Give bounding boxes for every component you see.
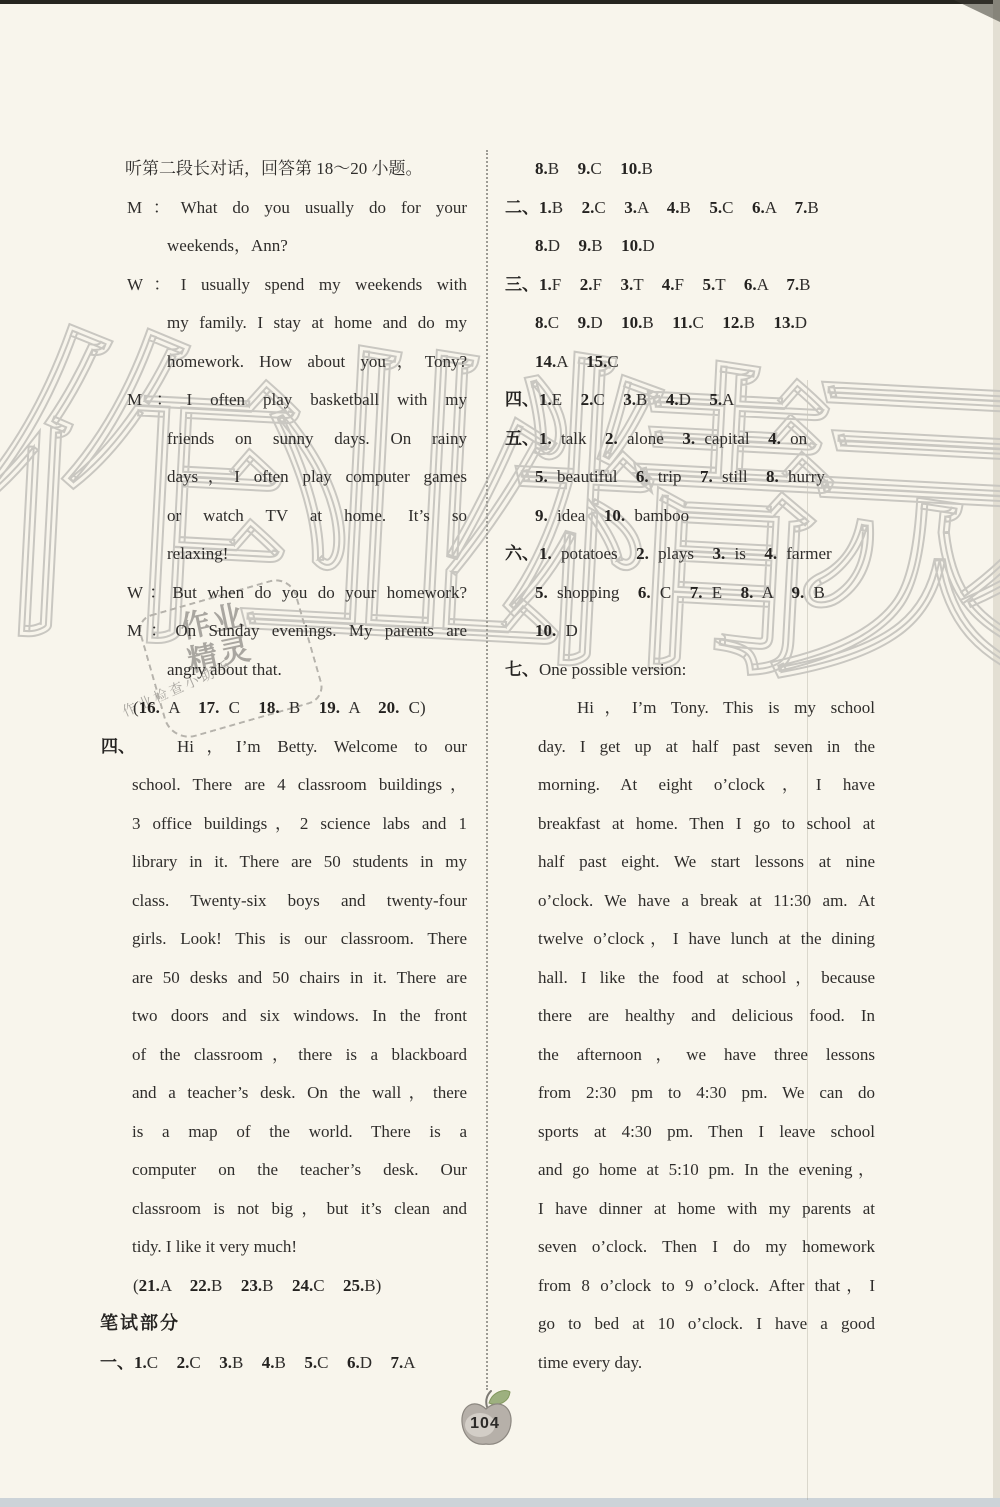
text-line: 5. beautiful 6. trip 7. still 8. hurry xyxy=(505,458,875,497)
text-segment: 8. xyxy=(535,236,548,255)
text-segment: computer on the teacher’s desk. Our xyxy=(132,1160,467,1179)
text-line: 8.D 9.B 10.D xyxy=(505,227,875,266)
page: { "page": { "number": "104" }, "watermar… xyxy=(0,0,1000,1507)
text-line: school. There are 4 classroom buildings， xyxy=(100,766,467,805)
text-segment: B xyxy=(232,1353,262,1372)
text-segment: C xyxy=(147,1353,177,1372)
text-segment: B xyxy=(211,1276,241,1295)
text-line: homework. How about you，Tony? xyxy=(100,343,467,382)
text-segment: 9. xyxy=(791,583,804,602)
text-segment: 2. xyxy=(636,544,649,563)
text-segment: 7. xyxy=(690,583,703,602)
text-segment: 8. xyxy=(741,583,754,602)
text-segment: 七、 xyxy=(505,660,539,679)
text-segment: 4. xyxy=(768,429,781,448)
right-column: 8.B 9.C 10.B二、1.B 2.C 3.A 4.B 5.C 6.A 7.… xyxy=(505,150,875,1382)
text-segment: girls. Look! This is our classroom. Ther… xyxy=(132,929,467,948)
text-segment: two doors and six windows. In the front xyxy=(132,1006,467,1025)
text-line: W：But when do you do your homework? xyxy=(100,574,467,613)
text-segment: seven o’clock. Then I do my homework xyxy=(538,1237,875,1256)
text-segment: bamboo xyxy=(625,506,689,525)
text-segment: 9. xyxy=(579,236,592,255)
text-segment: F xyxy=(552,275,580,294)
text-segment: 8. xyxy=(535,159,548,178)
text-segment: 2. xyxy=(581,390,594,409)
text-line: W：I usually spend my weekends with xyxy=(100,266,467,305)
text-segment: is a map of the world. There is a xyxy=(132,1122,467,1141)
text-line: o’clock. We have a break at 11:30 am. At xyxy=(505,882,875,921)
text-segment: days，I often play computer games xyxy=(167,467,467,486)
text-line: and go home at 5:10 pm. In the evening， xyxy=(505,1151,875,1190)
text-segment: 三、1. xyxy=(505,275,552,294)
text-segment: 8. xyxy=(766,467,779,486)
text-segment: still xyxy=(713,467,766,486)
text-segment: A xyxy=(340,698,378,717)
text-segment: on xyxy=(781,429,807,448)
text-line: classroom is not big，but it’s clean and xyxy=(100,1190,467,1229)
text-segment: B xyxy=(262,1276,292,1295)
text-segment: 6. xyxy=(347,1353,360,1372)
text-segment: C xyxy=(722,198,752,217)
text-line: time every day. xyxy=(505,1344,875,1383)
text-segment: 7. xyxy=(795,198,808,217)
text-segment: talk xyxy=(552,429,605,448)
text-segment: A xyxy=(160,1276,190,1295)
text-segment: A xyxy=(722,390,734,409)
text-segment: alone xyxy=(618,429,683,448)
text-line: 七、One possible version: xyxy=(505,651,875,690)
text-segment: 20. xyxy=(378,698,399,717)
text-segment: 10. xyxy=(621,236,642,255)
text-line: class. Twenty-six boys and twenty-four xyxy=(100,882,467,921)
text-segment: C xyxy=(189,1353,219,1372)
text-segment: E xyxy=(702,583,740,602)
text-line: of the classroom，there is a blackboard xyxy=(100,1036,467,1075)
text-segment: idea xyxy=(548,506,604,525)
column-divider xyxy=(486,150,488,1390)
text-segment: 21. xyxy=(139,1276,160,1295)
text-line: 四、Hi，I’m Betty. Welcome to our xyxy=(100,728,467,767)
text-line: there are healthy and delicious food. In xyxy=(505,997,875,1036)
text-segment: W：I usually spend my weekends with xyxy=(127,275,467,294)
text-segment: T xyxy=(633,275,662,294)
text-line: 10. D xyxy=(505,612,875,651)
text-segment: Hi，I’m Betty. Welcome to our xyxy=(177,737,467,756)
text-segment: B xyxy=(591,236,621,255)
text-segment: are 50 desks and 50 chairs in it. There … xyxy=(132,968,467,987)
text-line: 5. shopping 6. C 7. E 8. A 9. B xyxy=(505,574,875,613)
text-segment: E xyxy=(552,390,581,409)
text-line: M：I often play basketball with my xyxy=(100,381,467,420)
text-line: 3 office buildings，2 science labs and 1 xyxy=(100,805,467,844)
text-segment: 五、1. xyxy=(505,429,552,448)
text-line: (21.A 22.B 23.B 24.C 25.B) xyxy=(100,1267,467,1306)
text-segment: school. There are 4 classroom buildings， xyxy=(132,775,467,794)
paper-edge-bottom xyxy=(0,1498,1000,1507)
text-segment: 4. xyxy=(764,544,777,563)
text-line: M：What do you usually do for your xyxy=(100,189,467,228)
text-segment: go to bed at 10 o’clock. I have a good xyxy=(538,1314,875,1333)
text-line: computer on the teacher’s desk. Our xyxy=(100,1151,467,1190)
text-segment: 9. xyxy=(578,313,591,332)
text-line: go to bed at 10 o’clock. I have a good xyxy=(505,1305,875,1344)
text-segment: 25. xyxy=(343,1276,364,1295)
text-segment: 24. xyxy=(292,1276,313,1295)
text-segment: B xyxy=(641,159,652,178)
text-line: 8.C 9.D 10.B 11.C 12.B 13.D xyxy=(505,304,875,343)
text-segment: 笔试部分 xyxy=(100,1313,180,1334)
text-segment: B xyxy=(799,275,810,294)
text-segment: A xyxy=(160,698,198,717)
text-segment: 7. xyxy=(391,1353,404,1372)
text-segment: time every day. xyxy=(538,1353,642,1372)
text-segment: 6. xyxy=(744,275,757,294)
text-segment: B xyxy=(275,1353,305,1372)
text-segment: 5. xyxy=(304,1353,317,1372)
text-segment: B xyxy=(280,698,319,717)
text-segment: 2. xyxy=(582,198,595,217)
text-line: 二、1.B 2.C 3.A 4.B 5.C 6.A 7.B xyxy=(505,189,875,228)
text-line: from 8 o’clock to 9 o’clock. After that，… xyxy=(505,1267,875,1306)
text-segment: 5. xyxy=(535,467,548,486)
text-segment: C xyxy=(693,313,723,332)
text-segment: 六、1. xyxy=(505,544,552,563)
text-segment: C) xyxy=(399,698,425,717)
text-segment: 3 office buildings，2 science labs and 1 xyxy=(132,814,467,833)
text-segment: 6. xyxy=(638,583,651,602)
text-segment: F xyxy=(592,275,620,294)
text-segment: of the classroom，there is a blackboard xyxy=(132,1045,467,1064)
text-line: friends on sunny days. On rainy xyxy=(100,420,467,459)
text-segment: T xyxy=(715,275,744,294)
text-line: my family. I stay at home and do my xyxy=(100,304,467,343)
text-segment: hurry xyxy=(779,467,825,486)
text-line: relaxing! xyxy=(100,535,467,574)
text-segment: hall. I like the food at school，because xyxy=(538,968,875,987)
text-segment: B xyxy=(680,198,710,217)
text-segment: B xyxy=(807,198,818,217)
text-segment: 6. xyxy=(752,198,765,217)
text-segment: 18. xyxy=(258,698,279,717)
text-segment: A xyxy=(637,198,667,217)
text-segment: I have dinner at home with my parents at xyxy=(538,1199,875,1218)
text-segment: M：On Sunday evenings. My parents are xyxy=(127,621,467,640)
text-line: the afternoon，we have three lessons xyxy=(505,1036,875,1075)
text-segment: from 8 o’clock to 9 o’clock. After that，… xyxy=(538,1276,875,1295)
text-segment: half past eight. We start lessons at nin… xyxy=(538,852,875,871)
text-segment: 4. xyxy=(667,198,680,217)
text-segment: 二、1. xyxy=(505,198,552,217)
text-segment: and go home at 5:10 pm. In the evening， xyxy=(538,1160,875,1179)
text-segment: 22. xyxy=(190,1276,211,1295)
text-segment: angry about that. xyxy=(167,660,282,679)
text-segment: 10. xyxy=(621,313,642,332)
text-segment: 3. xyxy=(219,1353,232,1372)
text-segment: farmer xyxy=(777,544,832,563)
text-segment: 11. xyxy=(672,313,692,332)
text-segment: 5. xyxy=(535,583,548,602)
text-segment: breakfast at home. Then I go to school a… xyxy=(538,814,875,833)
text-line: 9. idea 10. bamboo xyxy=(505,497,875,536)
text-segment: 4. xyxy=(662,275,675,294)
text-line: 一、1.C 2.C 3.B 4.B 5.C 6.D 7.A xyxy=(100,1344,467,1383)
text-line: M：On Sunday evenings. My parents are xyxy=(100,612,467,651)
text-segment: C xyxy=(590,159,620,178)
text-segment: 4. xyxy=(262,1353,275,1372)
text-segment: 17. xyxy=(198,698,219,717)
text-segment: A xyxy=(753,583,791,602)
text-segment: 16. xyxy=(139,698,160,717)
text-segment: 3. xyxy=(713,544,726,563)
text-segment: A xyxy=(765,198,795,217)
text-segment: B xyxy=(552,198,582,217)
text-segment: D xyxy=(548,236,579,255)
text-line: day. I get up at half past seven in the xyxy=(505,728,875,767)
text-segment: C xyxy=(651,583,690,602)
text-segment: M：I often play basketball with my xyxy=(127,390,467,409)
text-segment: C xyxy=(548,313,578,332)
text-segment: 8. xyxy=(535,313,548,332)
text-segment: trip xyxy=(649,467,700,486)
text-line: 笔试部分 xyxy=(100,1305,467,1344)
text-line: (16. A 17. C 18. B 19. A 20. C) xyxy=(100,689,467,728)
text-segment: morning. At eight o’clock，I have xyxy=(538,775,875,794)
text-segment: day. I get up at half past seven in the xyxy=(538,737,875,756)
text-segment: A xyxy=(556,352,586,371)
text-segment: D xyxy=(795,313,807,332)
text-segment: 听第二段长对话，回答第 18～20 小题。 xyxy=(125,159,423,178)
text-line: two doors and six windows. In the front xyxy=(100,997,467,1036)
text-line: from 2:30 pm to 4:30 pm. We can do xyxy=(505,1074,875,1113)
text-segment: B xyxy=(744,313,774,332)
text-segment: o’clock. We have a break at 11:30 am. At xyxy=(538,891,875,910)
text-line: 四、1.E 2.C 3.B 4.D 5.A xyxy=(505,381,875,420)
left-column: 听第二段长对话，回答第 18～20 小题。M：What do you usual… xyxy=(100,150,467,1382)
text-line: 五、1. talk 2. alone 3. capital 4. on xyxy=(505,420,875,459)
text-segment: 3. xyxy=(623,390,636,409)
text-segment: the afternoon，we have three lessons xyxy=(538,1045,875,1064)
text-segment: A xyxy=(403,1353,415,1372)
text-line: hall. I like the food at school，because xyxy=(505,959,875,998)
page-number-apple: 104 xyxy=(458,1388,518,1450)
text-segment: 3. xyxy=(682,429,695,448)
text-segment: 一、1. xyxy=(100,1353,147,1372)
text-segment: 四、1. xyxy=(505,390,552,409)
text-segment: 9. xyxy=(535,506,548,525)
text-segment: beautiful xyxy=(548,467,636,486)
text-segment: shopping xyxy=(548,583,638,602)
text-line: sports at 4:30 pm. Then I leave school xyxy=(505,1113,875,1152)
text-segment: 10. xyxy=(604,506,625,525)
text-segment: Hi，I’m Tony. This is my school xyxy=(577,698,875,717)
text-line: 三、1.F 2.F 3.T 4.F 5.T 6.A 7.B xyxy=(505,266,875,305)
text-segment: C xyxy=(317,1353,347,1372)
text-line: days，I often play computer games xyxy=(100,458,467,497)
text-line: are 50 desks and 50 chairs in it. There … xyxy=(100,959,467,998)
text-segment: class. Twenty-six boys and twenty-four xyxy=(132,891,467,910)
text-line: morning. At eight o’clock，I have xyxy=(505,766,875,805)
text-segment: A xyxy=(757,275,787,294)
text-segment: W：But when do you do your homework? xyxy=(127,583,467,602)
paper-edge-top xyxy=(0,0,1000,4)
text-line: 8.B 9.C 10.B xyxy=(505,150,875,189)
text-segment: from 2:30 pm to 4:30 pm. We can do xyxy=(538,1083,875,1102)
text-segment: potatoes xyxy=(552,544,636,563)
text-segment: plays xyxy=(649,544,713,563)
text-segment: B) xyxy=(364,1276,381,1295)
text-line: weekends，Ann? xyxy=(100,227,467,266)
text-segment: B xyxy=(636,390,666,409)
text-segment: D xyxy=(590,313,621,332)
text-segment: 3. xyxy=(620,275,633,294)
text-segment: 5. xyxy=(709,198,722,217)
text-line: Hi，I’m Tony. This is my school xyxy=(505,689,875,728)
text-line: is a map of the world. There is a xyxy=(100,1113,467,1152)
text-segment: 4. xyxy=(666,390,679,409)
text-segment: B xyxy=(548,159,578,178)
text-segment: 9. xyxy=(578,159,591,178)
text-segment: classroom is not big，but it’s clean and xyxy=(132,1199,467,1218)
text-line: seven o’clock. Then I do my homework xyxy=(505,1228,875,1267)
text-segment: 13. xyxy=(773,313,794,332)
text-segment: homework. How about you，Tony? xyxy=(167,352,467,371)
text-segment: 2. xyxy=(177,1353,190,1372)
text-segment: 5. xyxy=(709,390,722,409)
text-segment: 12. xyxy=(722,313,743,332)
text-segment: 7. xyxy=(786,275,799,294)
text-segment: twelve o’clock，I have lunch at the dinin… xyxy=(538,929,875,948)
text-segment: weekends，Ann? xyxy=(167,236,288,255)
text-segment: friends on sunny days. On rainy xyxy=(167,429,467,448)
text-segment: is xyxy=(725,544,764,563)
text-line: 六、1. potatoes 2. plays 3. is 4. farmer xyxy=(505,535,875,574)
text-segment: F xyxy=(675,275,703,294)
text-line: 听第二段长对话，回答第 18～20 小题。 xyxy=(100,150,467,189)
text-segment: C xyxy=(607,352,618,371)
text-segment: 19. xyxy=(319,698,340,717)
text-segment: or watch TV at home. It’s so xyxy=(167,506,467,525)
text-line: half past eight. We start lessons at nin… xyxy=(505,843,875,882)
text-segment: there are healthy and delicious food. In xyxy=(538,1006,875,1025)
text-segment: 10. xyxy=(535,621,556,640)
text-segment: sports at 4:30 pm. Then I leave school xyxy=(538,1122,875,1141)
text-line: breakfast at home. Then I go to school a… xyxy=(505,805,875,844)
text-segment: One possible version: xyxy=(539,660,686,679)
text-segment: 23. xyxy=(241,1276,262,1295)
text-segment: C xyxy=(594,198,624,217)
text-segment: D xyxy=(642,236,654,255)
text-line: library in it. There are 50 students in … xyxy=(100,843,467,882)
text-segment: 2. xyxy=(605,429,618,448)
text-segment: 5. xyxy=(702,275,715,294)
text-segment: relaxing! xyxy=(167,544,228,563)
text-segment: 14. xyxy=(535,352,556,371)
text-line: or watch TV at home. It’s so xyxy=(100,497,467,536)
text-segment: B xyxy=(804,583,825,602)
text-segment: 7. xyxy=(700,467,713,486)
text-segment: M：What do you usually do for your xyxy=(127,198,467,217)
section-marker: 四、 xyxy=(101,728,135,767)
text-segment: B xyxy=(642,313,672,332)
text-line: girls. Look! This is our classroom. Ther… xyxy=(100,920,467,959)
text-line: tidy. I like it very much! xyxy=(100,1228,467,1267)
text-segment: 3. xyxy=(624,198,637,217)
text-segment: C xyxy=(593,390,623,409)
text-segment: capital xyxy=(695,429,768,448)
page-number: 104 xyxy=(458,1415,512,1433)
text-line: 14.A 15.C xyxy=(505,343,875,382)
text-segment: D xyxy=(360,1353,391,1372)
text-segment: 10. xyxy=(620,159,641,178)
text-segment: tidy. I like it very much! xyxy=(132,1237,297,1256)
text-line: and a teacher’s desk. On the wall，there xyxy=(100,1074,467,1113)
text-segment: D xyxy=(556,621,578,640)
text-segment: library in it. There are 50 students in … xyxy=(132,852,467,871)
text-segment: C xyxy=(219,698,258,717)
paper-edge-right xyxy=(993,0,1000,1507)
text-line: I have dinner at home with my parents at xyxy=(505,1190,875,1229)
text-segment: my family. I stay at home and do my xyxy=(167,313,467,332)
text-segment: C xyxy=(313,1276,343,1295)
paper-torn-corner xyxy=(954,0,1000,22)
text-line: angry about that. xyxy=(100,651,467,690)
text-segment: D xyxy=(679,390,710,409)
text-segment: 2. xyxy=(580,275,593,294)
text-line: twelve o’clock，I have lunch at the dinin… xyxy=(505,920,875,959)
text-segment: 15. xyxy=(586,352,607,371)
text-segment: 6. xyxy=(636,467,649,486)
text-segment: and a teacher’s desk. On the wall，there xyxy=(132,1083,467,1102)
